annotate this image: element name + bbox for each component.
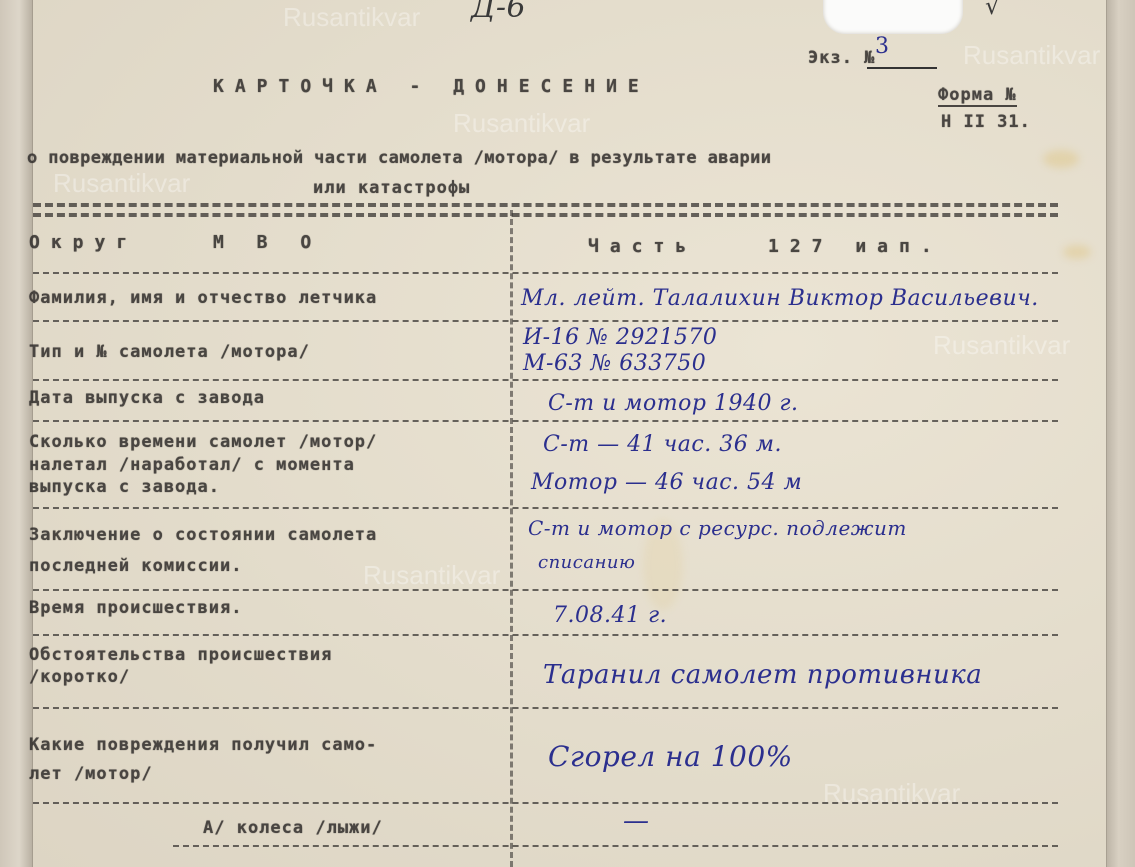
damage-label-1: Какие повреждения получил само- [29,735,377,755]
flight-hours-label-2: налетал /наработал/ с момента [29,455,355,475]
wheels-label: А/ колеса /лыжи/ [203,818,383,838]
engine-hours-value: Мотор — 46 час. 54 м [531,470,802,495]
binding-edge-right [1106,0,1135,867]
damage-label-2: лет /мотор/ [29,764,153,784]
header-divider [33,213,1058,217]
manufacture-date-value: С-т и мотор 1940 г. [548,391,799,416]
pilot-name-label: Фамилия, имя и отчество летчика [29,288,377,308]
circumstances-label-2: /коротко/ [29,667,130,687]
paper-stain [1063,245,1091,259]
row-divider [33,420,1058,422]
incident-time-value: 7.08.41 г. [553,603,667,628]
unit-label: Часть [588,236,697,257]
row-divider [33,272,1058,274]
header-divider [33,203,1058,207]
watermark: Rusantikvar [963,40,1100,71]
district-label: Округ [29,232,138,253]
row-divider [33,320,1058,322]
flight-hours-label-1: Сколько времени самолет /мотор/ [29,432,377,452]
commission-value-1: С-т и мотор с ресурс. подлежит [528,516,907,540]
paper-stain [1043,150,1079,168]
watermark: Rusantikvar [823,778,960,809]
wheels-value: — [623,806,650,836]
column-divider [510,210,513,867]
check-mark: √ [985,0,1001,20]
row-divider [33,507,1058,509]
row-divider [173,845,1058,847]
commission-value-2: списанию [538,552,635,573]
engine-number-value: М-63 № 633750 [523,351,706,376]
commission-label-1: Заключение о состоянии самолета [29,525,377,545]
flight-hours-label-3: выпуска с завода. [29,477,220,497]
subtitle-line-2: или катастрофы [313,178,470,198]
district-value: М В О [213,232,322,253]
watermark: Rusantikvar [283,2,420,33]
manufacture-date-label: Дата выпуска с завода [29,388,265,408]
damage-value: Сгорел на 100% [548,740,793,773]
document-page: Rusantikvar Rusantikvar Rusantikvar Rusa… [33,0,1106,867]
airframe-hours-value: С-т — 41 час. 36 м. [543,432,782,457]
copy-number-underline [867,67,937,69]
unit-value: 127 иап. [768,236,943,257]
watermark: Rusantikvar [453,108,590,139]
row-divider [33,707,1058,709]
copy-number: 3 [875,34,890,59]
row-divider [33,802,1058,804]
watermark: Rusantikvar [363,560,500,591]
archive-mark: Д-6 [471,0,526,25]
row-divider [33,634,1058,636]
pilot-name-value: Мл. лейт. Талалихин Виктор Васильевич. [521,286,1039,311]
watermark: Rusantikvar [933,330,1070,361]
document-title: КАРТОЧКА - ДОНЕСЕНИЕ [213,76,650,97]
incident-time-label: Время происшествия. [29,598,242,618]
punch-hole [823,0,963,34]
commission-label-2: последней комиссии. [29,556,242,576]
circumstances-label-1: Обстоятельства происшествия [29,645,332,665]
form-label: Форма № [938,85,1017,107]
subtitle-line-1: о повреждении материальной части самолет… [27,148,771,168]
row-divider [33,379,1058,381]
row-divider [33,589,1058,591]
form-number: Н II 31. [941,112,1031,132]
circumstances-value: Таранил самолет противника [543,660,982,690]
aircraft-type-label: Тип и № самолета /мотора/ [29,342,310,362]
copy-label: Экз. № [808,48,875,68]
aircraft-number-value: И-16 № 2921570 [523,325,717,350]
watermark: Rusantikvar [53,168,190,199]
